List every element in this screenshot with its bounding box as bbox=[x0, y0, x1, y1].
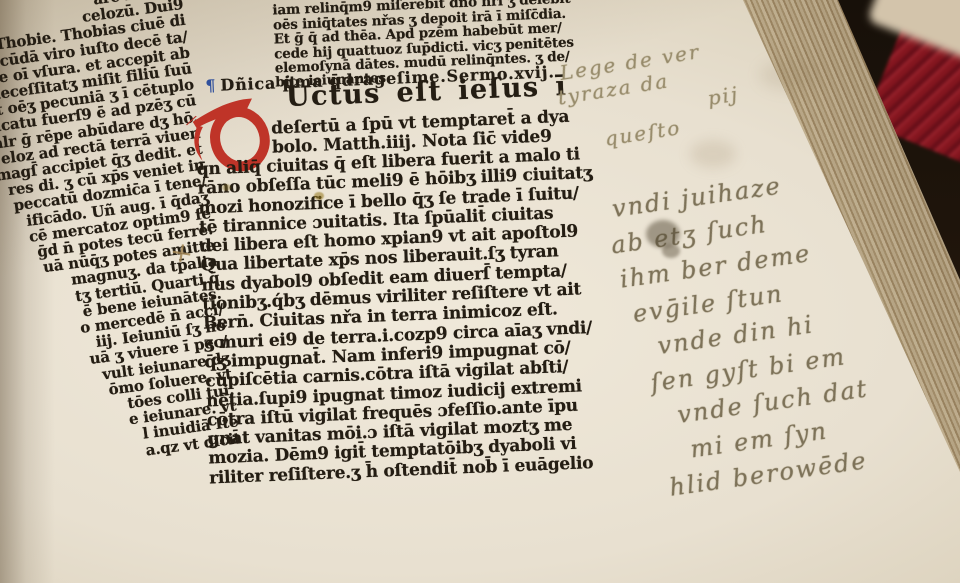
faint-stain bbox=[690, 140, 736, 168]
ink-blot bbox=[662, 244, 680, 258]
sermon-body: q̄n aliq̄ ciuitas q̄ eſt libera fuerit a… bbox=[196, 145, 604, 489]
book-photo: are ī mūdocelozū. Dui9Thobie. Thobias ci… bbox=[0, 0, 960, 583]
stain-fleck bbox=[222, 184, 231, 191]
marginalia-side-note: vndi juihazeab etʒ ſuchihm ber demeevḡil… bbox=[598, 141, 960, 510]
stain-fleck bbox=[314, 192, 324, 200]
faint-stain bbox=[760, 60, 820, 90]
